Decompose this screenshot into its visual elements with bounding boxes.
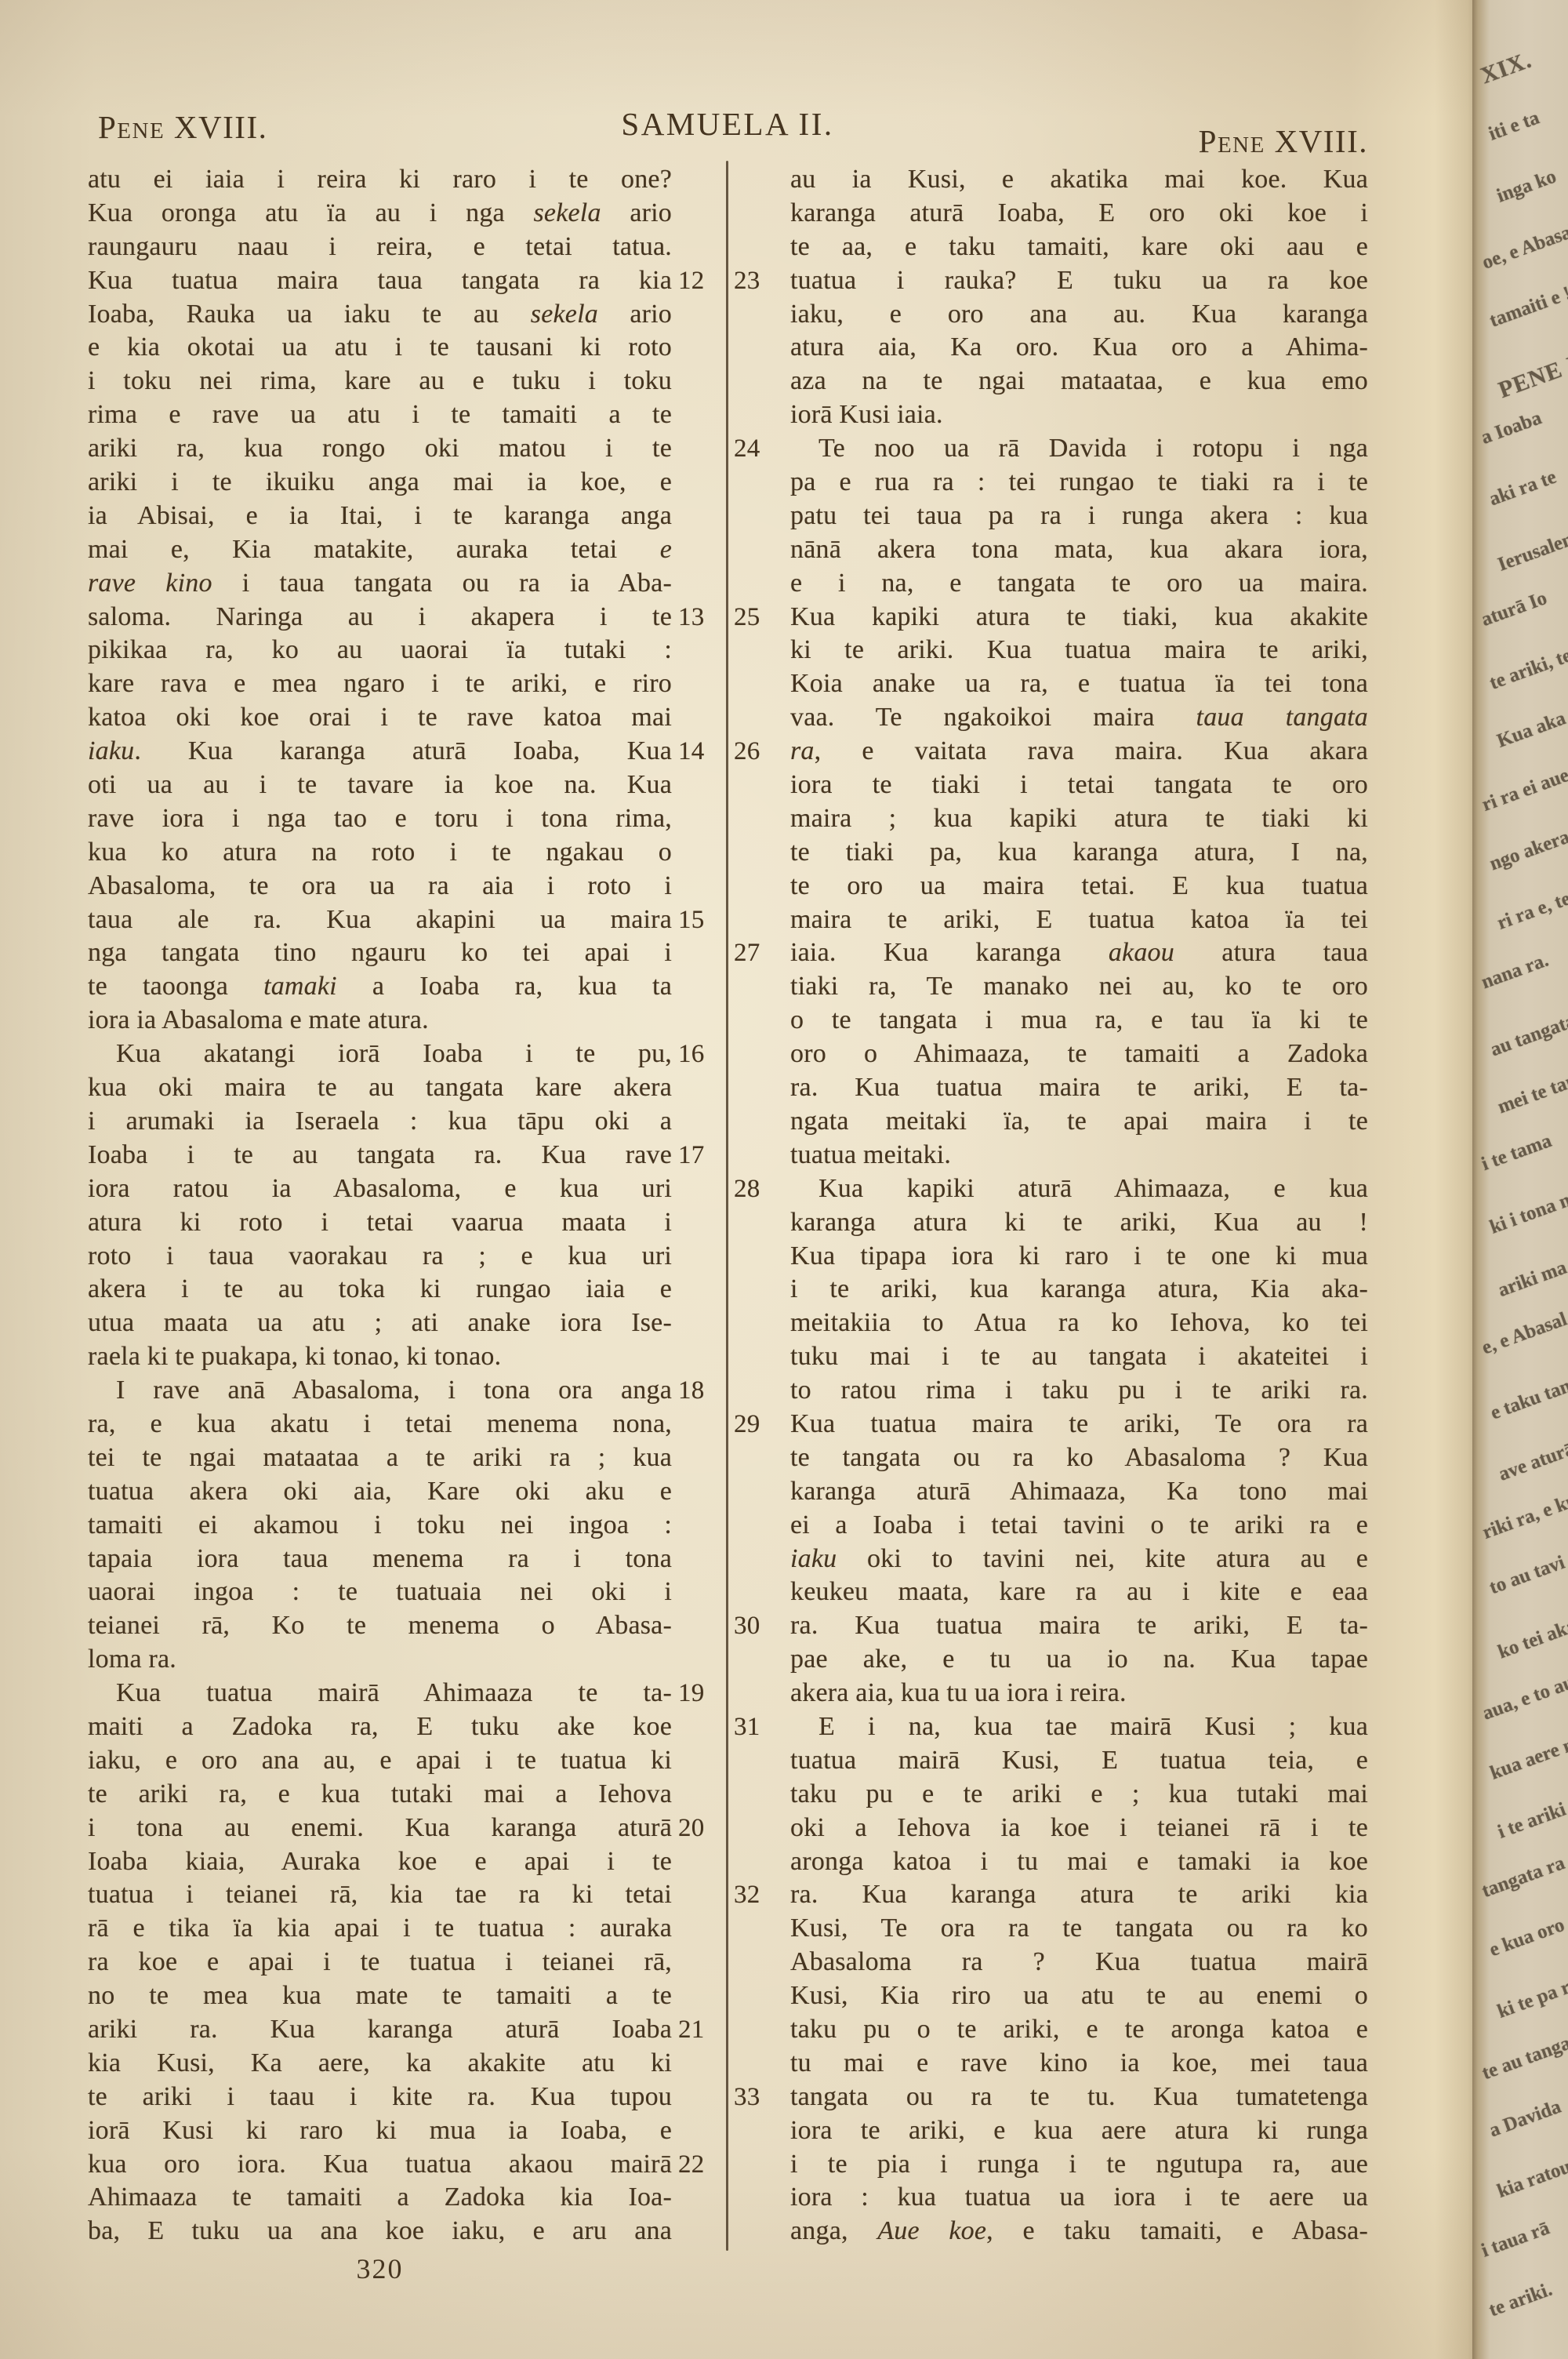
text-line-content: iaku. Kua karanga aturā Ioaba, Kua bbox=[88, 736, 672, 765]
text-line: ia Abisai, e ia Itai, i te karanga anga bbox=[88, 500, 672, 533]
text-line-content: tamaiti ei akamou i toku nei ingoa : bbox=[88, 1510, 672, 1539]
text-line-content: kia Kusi, Ka aere, ka akakite atu ki bbox=[88, 2048, 672, 2077]
verse-number: 14 bbox=[678, 735, 733, 769]
text-line: oro o Ahimaaza, te tamaiti a Zadoka bbox=[790, 1038, 1368, 1071]
text-line-content: tu mai e rave kino ia koe, mei taua bbox=[790, 2048, 1368, 2077]
text-line-content: nga tangata tino ngauru ko tei apai i bbox=[88, 938, 672, 967]
text-line: saloma. Naringa au i akapera i te13 bbox=[88, 601, 672, 634]
text-line-content: I rave anā Abasaloma, i tona ora anga bbox=[116, 1376, 672, 1405]
text-line: tiaki ra, Te manako nei au, ko te oro bbox=[790, 970, 1368, 1004]
text-line: Abasaloma ra ? Kua tuatua mairā bbox=[790, 1946, 1368, 1979]
text-line-content: keukeu maata, kare ra au i kite e eaa bbox=[790, 1577, 1368, 1606]
text-line: te taoonga tamaki a Ioaba ra, kua ta bbox=[88, 970, 672, 1004]
text-line-content: Kua oronga atu ïa au i nga sekela ario bbox=[88, 198, 672, 227]
text-line: iora te tiaki i tetai tangata te oro bbox=[790, 769, 1368, 802]
text-line: pikikaa ra, ko au uaorai ïa tutaki : bbox=[88, 634, 672, 667]
text-line: Kua oronga atu ïa au i nga sekela ario bbox=[88, 197, 672, 231]
text-line-content: au ia Kusi, e akatika mai koe. Kua bbox=[790, 165, 1368, 194]
verse-number: 20 bbox=[678, 1812, 733, 1845]
text-line-content: te oro ua maira tetai. E kua tuatua bbox=[790, 871, 1368, 900]
verse-number: 17 bbox=[678, 1139, 733, 1172]
next-page-text-fragment: PENE XIX. bbox=[1495, 336, 1568, 404]
text-line: mai e, Kia matakite, auraka tetai e bbox=[88, 533, 672, 567]
text-line: te ariki i taau i kite ra. Kua tupou bbox=[88, 2081, 672, 2114]
text-line: oki a Iehova ia koe i teianei rā i te bbox=[790, 1812, 1368, 1845]
text-line-content: Abasaloma ra ? Kua tuatua mairā bbox=[790, 1947, 1368, 1976]
text-line: kare rava e mea ngaro i te ariki, e riro bbox=[88, 667, 672, 701]
text-line: katoa oki koe orai i te rave katoa mai bbox=[88, 701, 672, 735]
page-number: 320 bbox=[88, 2252, 672, 2285]
text-line: Kua tuatua maira taua tangata ra kia12 bbox=[88, 264, 672, 298]
text-line: tamaiti ei akamou i toku nei ingoa : bbox=[88, 1509, 672, 1543]
next-page-text-fragment: a Davida bbox=[1486, 2096, 1564, 2143]
text-line: Abasaloma, te ora ua ra aia i roto i bbox=[88, 870, 672, 903]
next-page-text-fragment: ri ra e, te bbox=[1494, 888, 1568, 935]
verse-number: 32 bbox=[734, 1878, 789, 1912]
text-line: karanga aturā Ahimaaza, Ka tono mai bbox=[790, 1475, 1368, 1509]
text-line-content: aronga katoa i tu mai e tamaki ia koe bbox=[790, 1847, 1368, 1876]
column-divider-rule bbox=[726, 161, 728, 2251]
text-line-content: kua ko atura na roto i te ngakau o bbox=[88, 838, 672, 867]
next-page-text-fragment: i te ariki ra bbox=[1495, 1790, 1568, 1843]
text-line: akera aia, kua tu ua iora i reira. bbox=[790, 1677, 1368, 1710]
text-line-content: katoa oki koe orai i te rave katoa mai bbox=[88, 703, 672, 732]
text-line: Te noo ua rā Davida i rotopu i nga24 bbox=[790, 432, 1368, 466]
text-line-content: iora te tiaki i tetai tangata te oro bbox=[790, 770, 1368, 799]
text-line: atu ei iaia i reira ki raro i te one? bbox=[88, 163, 672, 197]
text-line: iaku. Kua karanga aturā Ioaba, Kua14 bbox=[88, 735, 672, 769]
text-line-content: taku pu o te ariki, e te aronga katoa e bbox=[790, 2015, 1368, 2044]
text-line-content: iorā Kusi ki raro ki mua ia Ioaba, e bbox=[88, 2116, 672, 2145]
text-line: patu tei taua pa ra i runga akera : kua bbox=[790, 500, 1368, 533]
text-line-content: iaia. Kua karanga akaou atura taua bbox=[790, 938, 1368, 967]
text-line-content: iaku, e oro ana au. Kua karanga bbox=[790, 300, 1368, 329]
running-header-title: SAMUELA II. bbox=[610, 105, 845, 143]
text-line: iora te ariki, e kua aere atura ki runga bbox=[790, 2114, 1368, 2148]
text-line-content: vaa. Te ngakoikoi maira taua tangata bbox=[790, 703, 1368, 732]
text-line: utua maata ua atu ; ati anake iora Ise- bbox=[88, 1307, 672, 1340]
text-line: ariki ra, kua rongo oki matou i te bbox=[88, 432, 672, 466]
text-line-content: Kua kapiki atura te tiaki, kua akakite bbox=[790, 602, 1368, 631]
text-line: tuku mai i te au tangata i akateitei i bbox=[790, 1340, 1368, 1374]
text-column-right: au ia Kusi, e akatika mai koe. Kuakarang… bbox=[790, 163, 1368, 2248]
text-line: aronga katoa i tu mai e tamaki ia koe bbox=[790, 1845, 1368, 1879]
next-page-text-fragment: ave aturā Ioab bbox=[1496, 1423, 1568, 1486]
verse-number: 22 bbox=[678, 2148, 733, 2182]
text-line: ariki i te ikuiku anga mai ia koe, e bbox=[88, 466, 672, 500]
text-line-content: Ioaba, Rauka ua iaku te au sekela ario bbox=[88, 300, 672, 329]
text-line: pae ake, e tu ua io na. Kua tapae bbox=[790, 1643, 1368, 1677]
text-line-content: to ratou rima i taku pu i te ariki ra. bbox=[790, 1376, 1368, 1405]
next-page-text-fragment: oe, e Abasal bbox=[1479, 220, 1568, 274]
text-line: Kua kapiki atura te tiaki, kua akakite25 bbox=[790, 601, 1368, 634]
text-line-content: atura ki roto i tetai vaarua maata i bbox=[88, 1208, 672, 1237]
text-line: atura aia, Ka oro. Kua oro a Ahima- bbox=[790, 331, 1368, 365]
text-line-content: aza na te ngai mataataa, e kua emo bbox=[790, 366, 1368, 395]
text-line: atura ki roto i tetai vaarua maata i bbox=[88, 1206, 672, 1240]
text-line-content: rā e tika ïa kia apai i te tuatua : aura… bbox=[88, 1914, 672, 1943]
text-line-content: pae ake, e tu ua io na. Kua tapae bbox=[790, 1645, 1368, 1674]
text-line-content: Ioaba i te au tangata ra. Kua rave bbox=[88, 1140, 672, 1169]
verse-number: 28 bbox=[734, 1172, 789, 1206]
text-line: to ratou rima i taku pu i te ariki ra. bbox=[790, 1374, 1368, 1408]
text-line-content: no te mea kua mate te tamaiti a te bbox=[88, 1981, 672, 2010]
text-line: te oro ua maira tetai. E kua tuatua bbox=[790, 870, 1368, 903]
text-line: maira ; kua kapiki atura te tiaki ki bbox=[790, 802, 1368, 836]
text-line: vaa. Te ngakoikoi maira taua tangata bbox=[790, 701, 1368, 735]
text-line: meitakiia to Atua ra ko Iehova, ko tei bbox=[790, 1307, 1368, 1340]
text-line-content: tuatua i teianei rā, kia tae ra ki tetai bbox=[88, 1880, 672, 1909]
verse-number: 21 bbox=[678, 2013, 733, 2047]
next-page-text-fragment: ki i tona m bbox=[1487, 1187, 1568, 1239]
text-line: raela ki te puakapa, ki tonao, ki tonao. bbox=[88, 1340, 672, 1374]
text-line: tapaia iora taua menema ra i tona bbox=[88, 1543, 672, 1576]
text-line-content: tei te ngai mataataa a te ariki ra ; kua bbox=[88, 1443, 672, 1472]
next-page-text-fragment: au tangata i t bbox=[1487, 1003, 1568, 1062]
next-page-text-fragment: ri ra ei aue bbox=[1479, 765, 1568, 816]
text-line: iaia. Kua karanga akaou atura taua27 bbox=[790, 936, 1368, 970]
text-line: tangata ou ra te tu. Kua tumatetenga33 bbox=[790, 2081, 1368, 2114]
text-line-content: oro o Ahimaaza, te tamaiti a Zadoka bbox=[790, 1039, 1368, 1068]
text-line-content: tuatua akera oki aia, Kare oki aku e bbox=[88, 1477, 672, 1506]
text-line-content: anga, Aue koe, e taku tamaiti, e Abasa- bbox=[790, 2216, 1368, 2245]
text-line-content: tuku mai i te au tangata i akateitei i bbox=[790, 1342, 1368, 1371]
text-line-content: roto i taua vaorakau ra ; e kua uri bbox=[88, 1241, 672, 1270]
text-line: i te ariki, kua karanga atura, Kia aka- bbox=[790, 1273, 1368, 1307]
text-line: ra. Kua tuatua maira te ariki, E ta-30 bbox=[790, 1609, 1368, 1643]
text-line: Ahimaaza te tamaiti a Zadoka kia Ioa- bbox=[88, 2181, 672, 2215]
text-line: ki te ariki. Kua tuatua maira te ariki, bbox=[790, 634, 1368, 667]
text-line: rima e rave ua atu i te tamaiti a te bbox=[88, 398, 672, 432]
text-line: tuatua meitaki. bbox=[790, 1139, 1368, 1172]
text-line-content: taku pu e te ariki e ; kua tutaki mai bbox=[790, 1779, 1368, 1808]
text-line: taku pu e te ariki e ; kua tutaki mai bbox=[790, 1778, 1368, 1812]
text-line: i toku nei rima, kare au e tuku i toku bbox=[88, 365, 672, 398]
text-line-content: Kusi, Kia riro ua atu te au enemi o bbox=[790, 1981, 1368, 2010]
text-line-content: Ahimaaza te tamaiti a Zadoka kia Ioa- bbox=[88, 2183, 672, 2212]
text-line: taua ale ra. Kua akapini ua maira15 bbox=[88, 903, 672, 937]
next-page-text-fragment: aua, e to au t bbox=[1479, 1667, 1568, 1725]
text-line: I rave anā Abasaloma, i tona ora anga18 bbox=[88, 1374, 672, 1408]
text-line-content: ra. Kua tuatua maira te ariki, E ta- bbox=[790, 1611, 1368, 1640]
text-line-content: patu tei taua pa ra i runga akera : kua bbox=[790, 501, 1368, 530]
text-line-content: tapaia iora taua menema ra i tona bbox=[88, 1544, 672, 1573]
next-page-text-fragment: XIX. bbox=[1477, 47, 1535, 90]
text-line: te aa, e taku tamaiti, kare oki aau e bbox=[790, 231, 1368, 264]
next-page-text-fragment: te ariki, te bbox=[1486, 645, 1568, 695]
text-line: iaku, e oro ana au, e apai i te tuatua k… bbox=[88, 1744, 672, 1778]
text-line-content: Kua akatangi iorā Ioaba i te pu, bbox=[116, 1039, 672, 1068]
text-line-content: akera aia, kua tu ua iora i reira. bbox=[790, 1678, 1127, 1707]
text-line: rave kino i taua tangata ou ra ia Aba- bbox=[88, 567, 672, 601]
next-page-text-fragment: tangata ra bbox=[1479, 1852, 1568, 1903]
text-line: Kua tuatua mairā Ahimaaza te ta-19 bbox=[88, 1677, 672, 1710]
text-line: Kua kapiki aturā Ahimaaza, e kua28 bbox=[790, 1172, 1368, 1206]
text-line: nga tangata tino ngauru ko tei apai i bbox=[88, 936, 672, 970]
next-page-edge: XIX.iti e tainga kooe, e Abasaltamaiti e… bbox=[1472, 0, 1568, 2359]
text-line: iora ratou ia Abasaloma, e kua uri bbox=[88, 1172, 672, 1206]
next-page-text-fragment: ngo akera bbox=[1486, 827, 1568, 876]
verse-number: 25 bbox=[734, 601, 789, 634]
text-line: no te mea kua mate te tamaiti a te bbox=[88, 1979, 672, 2013]
text-line-content: te ariki ra, e kua tutaki mai a Iehova bbox=[88, 1779, 672, 1808]
verse-number: 13 bbox=[678, 601, 733, 634]
text-line-content: meitakiia to Atua ra ko Iehova, ko tei bbox=[790, 1308, 1368, 1337]
text-line-content: teianei rā, Ko te menema o Abasa- bbox=[88, 1611, 672, 1640]
text-line-content: utua maata ua atu ; ati anake iora Ise- bbox=[88, 1308, 672, 1337]
next-page-text-fragment: to au tavi bbox=[1486, 1552, 1568, 1600]
text-line: maira te ariki, E tuatua katoa ïa tei bbox=[790, 903, 1368, 937]
text-line-content: ra. Kua tuatua maira te ariki, E ta- bbox=[790, 1073, 1368, 1102]
text-line: ei a Ioaba i tetai tavini o te ariki ra … bbox=[790, 1509, 1368, 1543]
text-line: i te pia i runga i te ngutupa ra, aue bbox=[790, 2148, 1368, 2182]
text-line-content: rave iora i nga tao e toru i tona rima, bbox=[88, 804, 672, 833]
text-line-content: tuatua i rauka? E tuku ua ra koe bbox=[790, 266, 1368, 295]
text-line-content: o te tangata i mua ra, e tau ïa ki te bbox=[790, 1005, 1368, 1034]
text-line-content: ariki ra. Kua karanga aturā Ioaba bbox=[88, 2015, 672, 2044]
verse-number: 33 bbox=[734, 2081, 789, 2114]
next-page-text-fragment: te au tanga bbox=[1479, 2033, 1568, 2085]
text-line-content: tuatua meitaki. bbox=[790, 1140, 951, 1169]
next-page-text-fragment: iti e ta bbox=[1486, 107, 1542, 145]
text-line-content: taua ale ra. Kua akapini ua maira bbox=[88, 905, 672, 934]
text-line-content: te tiaki pa, kua karanga atura, I na, bbox=[790, 838, 1368, 867]
text-line-content: uaorai ingoa : te tuatuaia nei oki i bbox=[88, 1577, 672, 1606]
verse-number: 27 bbox=[734, 936, 789, 970]
next-page-text-fragment: aturā Io bbox=[1479, 587, 1550, 631]
next-page-text-fragment: a Ioaba bbox=[1479, 407, 1545, 449]
text-line-content: ra koe e apai i te tuatua i teianei rā, bbox=[88, 1947, 672, 1976]
text-line: tuatua akera oki aia, Kare oki aku e bbox=[88, 1475, 672, 1509]
text-line-content: atura aia, Ka oro. Kua oro a Ahima- bbox=[790, 333, 1368, 362]
text-line: ngata meitaki ïa, te apai maira i te bbox=[790, 1105, 1368, 1139]
text-line-content: te ariki i taau i kite ra. Kua tupou bbox=[88, 2082, 672, 2111]
next-page-text-fragment: mei te tang bbox=[1495, 1067, 1568, 1119]
text-line-content: ba, E tuku ua ana koe iaku, e aru ana bbox=[88, 2216, 672, 2245]
text-line-content: Kua tuatua maira te ariki, Te ora ra bbox=[790, 1409, 1368, 1438]
text-line: Kusi, Te ora ra te tangata ou ra ko bbox=[790, 1912, 1368, 1946]
text-line: tu mai e rave kino ia koe, mei taua bbox=[790, 2047, 1368, 2081]
next-page-text-fragment: kia ratou bbox=[1494, 2156, 1568, 2203]
text-line: iaku, e oro ana au. Kua karanga bbox=[790, 298, 1368, 332]
text-line-content: ra. Kua karanga atura te ariki kia bbox=[790, 1880, 1368, 1909]
next-page-text-fragment: e taku tamaiti bbox=[1488, 1364, 1568, 1424]
text-line-content: nānā akera tona mata, kua akara iora, bbox=[790, 535, 1368, 564]
verse-number: 23 bbox=[734, 264, 789, 298]
text-line: ra, e kua akatu i tetai menema nona, bbox=[88, 1408, 672, 1441]
text-line-content: akera i te au toka ki rungao iaia e bbox=[88, 1274, 672, 1303]
text-line-content: i te ariki, kua karanga atura, Kia aka- bbox=[790, 1274, 1368, 1303]
text-line: e kia okotai ua atu i te tausani ki roto bbox=[88, 331, 672, 365]
text-line-content: ia Abisai, e ia Itai, i te karanga anga bbox=[88, 501, 672, 530]
text-line: anga, Aue koe, e taku tamaiti, e Abasa- bbox=[790, 2215, 1368, 2248]
text-line: ba, E tuku ua ana koe iaku, e aru ana bbox=[88, 2215, 672, 2248]
text-line-content: Kusi, Te ora ra te tangata ou ra ko bbox=[790, 1914, 1368, 1943]
text-line-content: maira te ariki, E tuatua katoa ïa tei bbox=[790, 905, 1368, 934]
text-line-content: tiaki ra, Te manako nei au, ko te oro bbox=[790, 972, 1368, 1001]
text-line-content: saloma. Naringa au i akapera i te bbox=[88, 602, 672, 631]
next-page-text-fragment: e kua oro bbox=[1486, 1914, 1567, 1961]
text-line: akera i te au toka ki rungao iaia e bbox=[88, 1273, 672, 1307]
text-line: o te tangata i mua ra, e tau ïa ki te bbox=[790, 1004, 1368, 1038]
text-line: Ioaba, Rauka ua iaku te au sekela ario bbox=[88, 298, 672, 332]
text-line-content: Kua kapiki aturā Ahimaaza, e kua bbox=[818, 1174, 1368, 1203]
text-line-content: oti ua au i te tavare ia koe na. Kua bbox=[88, 770, 672, 799]
text-line: karanga atura ki te ariki, Kua au ! bbox=[790, 1206, 1368, 1240]
text-line-content: e i na, e tangata te oro ua maira. bbox=[790, 569, 1368, 598]
text-line-content: te taoonga tamaki a Ioaba ra, kua ta bbox=[88, 972, 672, 1001]
next-page-text-fragment: kua aere ma bbox=[1487, 1728, 1568, 1784]
text-line-content: raela ki te puakapa, ki tonao, ki tonao. bbox=[88, 1342, 501, 1371]
text-column-left: atu ei iaia i reira ki raro i te one?Kua… bbox=[88, 163, 672, 2248]
text-line-content: iora : kua tuatua ua iora i te aere ua bbox=[790, 2183, 1368, 2212]
next-page-text-fragment: te ariki. bbox=[1486, 2279, 1555, 2322]
text-line-content: rave kino i taua tangata ou ra ia Aba- bbox=[88, 569, 672, 598]
text-line: taku pu o te ariki, e te aronga katoa e bbox=[790, 2013, 1368, 2047]
next-page-text-fragment: Kua aka bbox=[1494, 707, 1568, 752]
text-line-content: ra, e vaitata rava maira. Kua akara bbox=[790, 736, 1368, 765]
text-line-content: maira ; kua kapiki atura te tiaki ki bbox=[790, 804, 1368, 833]
verse-number: 15 bbox=[678, 903, 733, 937]
text-line: e i na, e tangata te oro ua maira. bbox=[790, 567, 1368, 601]
text-line-content: kua oki maira te au tangata kare akera bbox=[88, 1073, 672, 1102]
text-line: ra koe e apai i te tuatua i teianei rā, bbox=[88, 1946, 672, 1979]
text-line: Kusi, Kia riro ua atu te au enemi o bbox=[790, 1979, 1368, 2013]
text-line-content: e kia okotai ua atu i te tausani ki roto bbox=[88, 333, 672, 362]
text-line-content: i arumaki ia Iseraela : kua tāpu oki a bbox=[88, 1107, 672, 1136]
text-line: ra. Kua karanga atura te ariki kia32 bbox=[790, 1878, 1368, 1912]
next-page-text-fragment: nana ra. bbox=[1479, 950, 1552, 994]
text-line-content: ki te ariki. Kua tuatua maira te ariki, bbox=[790, 635, 1368, 664]
text-line-content: karanga aturā Ahimaaza, Ka tono mai bbox=[790, 1477, 1368, 1506]
text-line-content: atu ei iaia i reira ki raro i te one? bbox=[88, 165, 672, 194]
text-line: loma ra. bbox=[88, 1643, 672, 1677]
text-line: kia Kusi, Ka aere, ka akakite atu ki bbox=[88, 2047, 672, 2081]
next-page-text-fragment: inga ko bbox=[1494, 165, 1559, 207]
text-line: oti ua au i te tavare ia koe na. Kua bbox=[88, 769, 672, 802]
text-line-content: ra, e kua akatu i tetai menema nona, bbox=[88, 1409, 672, 1438]
book-page: Pene XVIII. SAMUELA II. Pene XVIII. atu … bbox=[0, 0, 1568, 2359]
text-line: ra. Kua tuatua maira te ariki, E ta- bbox=[790, 1071, 1368, 1105]
text-line-content: raungauru naau i reira, e tetai tatua. bbox=[88, 232, 672, 261]
text-line: teianei rā, Ko te menema o Abasa- bbox=[88, 1609, 672, 1643]
text-line: nānā akera tona mata, kua akara iora, bbox=[790, 533, 1368, 567]
verse-number: 24 bbox=[734, 432, 789, 466]
text-line-content: tuatua mairā Kusi, E tuatua teia, e bbox=[790, 1746, 1368, 1775]
text-line: iora : kua tuatua ua iora i te aere ua bbox=[790, 2181, 1368, 2215]
text-line-content: iora te ariki, e kua aere atura ki runga bbox=[790, 2116, 1368, 2145]
text-line: iorā Kusi iaia. bbox=[790, 398, 1368, 432]
next-page-text-fragment: ko tei akaou bbox=[1495, 1608, 1568, 1664]
text-line: Koia anake ua ra, e tuatua ïa tei tona bbox=[790, 667, 1368, 701]
text-line-content: Koia anake ua ra, e tuatua ïa tei tona bbox=[790, 669, 1368, 698]
text-line-content: mai e, Kia matakite, auraka tetai e bbox=[88, 535, 672, 564]
next-page-text-fragment: Ierusalema. bbox=[1495, 522, 1568, 576]
text-line-content: kua oro iora. Kua tuatua akaou mairā bbox=[88, 2150, 672, 2179]
text-line: iaku oki to tavini nei, kite atura au e bbox=[790, 1543, 1368, 1576]
text-line: tuatua i rauka? E tuku ua ra koe23 bbox=[790, 264, 1368, 298]
text-line-content: kare rava e mea ngaro i te ariki, e riro bbox=[88, 669, 672, 698]
next-page-text-fragment: riki ra, e kua bbox=[1479, 1486, 1568, 1544]
book-photo: { "document": { "header": { "left": "Pen… bbox=[0, 0, 1568, 2359]
text-line: Ioaba i te au tangata ra. Kua rave17 bbox=[88, 1139, 672, 1172]
text-line: raungauru naau i reira, e tetai tatua. bbox=[88, 231, 672, 264]
text-line: kua oki maira te au tangata kare akera bbox=[88, 1071, 672, 1105]
text-line-content: Abasaloma, te ora ua ra aia i roto i bbox=[88, 871, 672, 900]
text-line: rā e tika ïa kia apai i te tuatua : aura… bbox=[88, 1912, 672, 1946]
text-line: ra, e vaitata rava maira. Kua akara26 bbox=[790, 735, 1368, 769]
text-line-content: iaku oki to tavini nei, kite atura au e bbox=[790, 1544, 1368, 1573]
text-line: Ioaba kiaia, Auraka koe e apai i te bbox=[88, 1845, 672, 1879]
next-page-text-fragment: ki te pa ra bbox=[1494, 1973, 1568, 2023]
verse-number: 29 bbox=[734, 1408, 789, 1441]
text-line-content: Kua tuatua maira taua tangata ra kia bbox=[88, 266, 672, 295]
text-line-content: tangata ou ra te tu. Kua tumatetenga bbox=[790, 2082, 1368, 2111]
text-line-content: iora ia Abasaloma e mate atura. bbox=[88, 1005, 429, 1034]
text-line: te tiaki pa, kua karanga atura, I na, bbox=[790, 836, 1368, 870]
verse-number: 12 bbox=[678, 264, 733, 298]
running-header-right: Pene XVIII. bbox=[1133, 122, 1368, 160]
text-line: uaorai ingoa : te tuatuaia nei oki i bbox=[88, 1576, 672, 1609]
verse-number: 16 bbox=[678, 1038, 733, 1071]
text-line-content: E i na, kua tae mairā Kusi ; kua bbox=[818, 1712, 1368, 1741]
verse-number: 19 bbox=[678, 1677, 733, 1710]
text-line-content: ei a Ioaba i tetai tavini o te ariki ra … bbox=[790, 1510, 1368, 1539]
text-line-content: te aa, e taku tamaiti, kare oki aau e bbox=[790, 232, 1368, 261]
next-page-text-fragment: ariki ma te r bbox=[1495, 1245, 1568, 1302]
text-line-content: Ioaba kiaia, Auraka koe e apai i te bbox=[88, 1847, 672, 1876]
text-line-content: iora ratou ia Abasaloma, e kua uri bbox=[88, 1174, 672, 1203]
text-line: E i na, kua tae mairā Kusi ; kua31 bbox=[790, 1710, 1368, 1744]
text-line-content: Te noo ua rā Davida i rotopu i nga bbox=[818, 434, 1368, 463]
text-line-content: loma ra. bbox=[88, 1645, 176, 1674]
verse-number: 30 bbox=[734, 1609, 789, 1643]
text-line-content: ariki ra, kua rongo oki matou i te bbox=[88, 434, 672, 463]
text-line: tuatua mairā Kusi, E tuatua teia, e bbox=[790, 1744, 1368, 1778]
text-line: maiti a Zadoka ra, E tuku ake koe bbox=[88, 1710, 672, 1744]
text-line-content: pikikaa ra, ko au uaorai ïa tutaki : bbox=[88, 635, 672, 664]
next-page-text-fragment: i taua rā bbox=[1479, 2217, 1552, 2262]
text-line: kua oro iora. Kua tuatua akaou mairā22 bbox=[88, 2148, 672, 2182]
verse-number: 31 bbox=[734, 1710, 789, 1744]
text-line-content: oki a Iehova ia koe i teianei rā i te bbox=[790, 1813, 1368, 1842]
text-line: iorā Kusi ki raro ki mua ia Ioaba, e bbox=[88, 2114, 672, 2148]
text-line: tei te ngai mataataa a te ariki ra ; kua bbox=[88, 1441, 672, 1475]
next-page-text-fragment: i te tama bbox=[1479, 1130, 1555, 1176]
text-line-content: karanga atura ki te ariki, Kua au ! bbox=[790, 1208, 1368, 1237]
text-line: i arumaki ia Iseraela : kua tāpu oki a bbox=[88, 1105, 672, 1139]
next-page-text-fragment: tamaiti e ! bbox=[1486, 282, 1568, 332]
text-line-content: i toku nei rima, kare au e tuku i toku bbox=[88, 366, 672, 395]
running-header-left: Pene XVIII. bbox=[98, 108, 267, 146]
text-line-content: Kua tipapa iora ki raro i te one ki mua bbox=[790, 1241, 1368, 1270]
text-line: Kua tipapa iora ki raro i te one ki mua bbox=[790, 1240, 1368, 1274]
text-line: te tangata ou ra ko Abasaloma ? Kua bbox=[790, 1441, 1368, 1475]
text-line-content: ariki i te ikuiku anga mai ia koe, e bbox=[88, 467, 672, 496]
text-line: roto i taua vaorakau ra ; e kua uri bbox=[88, 1240, 672, 1274]
text-line-content: iaku, e oro ana au, e apai i te tuatua k… bbox=[88, 1746, 672, 1775]
text-line-content: pa e rua ra : tei rungao te tiaki ra i t… bbox=[790, 467, 1368, 496]
text-line: iora ia Abasaloma e mate atura. bbox=[88, 1004, 672, 1038]
text-line: Kua tuatua maira te ariki, Te ora ra29 bbox=[790, 1408, 1368, 1441]
text-line: karanga aturā Ioaba, E oro oki koe i bbox=[790, 197, 1368, 231]
text-line: au ia Kusi, e akatika mai koe. Kua bbox=[790, 163, 1368, 197]
verse-number: 18 bbox=[678, 1374, 733, 1408]
text-line: pa e rua ra : tei rungao te tiaki ra i t… bbox=[790, 466, 1368, 500]
text-line-content: ngata meitaki ïa, te apai maira i te bbox=[790, 1107, 1368, 1136]
text-line: ariki ra. Kua karanga aturā Ioaba21 bbox=[88, 2013, 672, 2047]
verse-number: 26 bbox=[734, 735, 789, 769]
